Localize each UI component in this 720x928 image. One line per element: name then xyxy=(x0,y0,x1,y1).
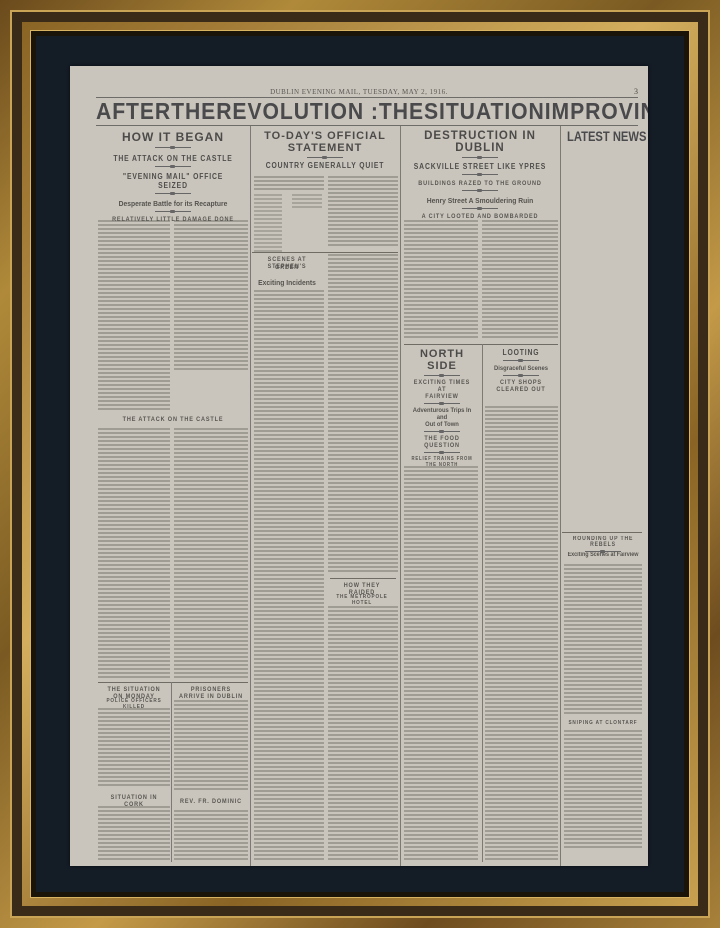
headline-word: SITUATION xyxy=(424,98,545,125)
column-destruction: DESTRUCTION IN DUBLIN SACKVILLE STREET L… xyxy=(402,126,558,220)
headline-word: THE xyxy=(379,98,424,125)
section-heading: THE ATTACK ON THE CASTLE xyxy=(109,416,237,423)
column-divider xyxy=(482,344,483,862)
body-text-block xyxy=(485,406,558,862)
subheading: Out of Town xyxy=(408,421,476,428)
statement-table xyxy=(292,194,322,208)
body-text-block xyxy=(404,220,478,340)
separator-dash xyxy=(462,208,498,209)
body-text-block xyxy=(174,220,248,370)
body-text-block xyxy=(174,428,248,678)
headline-word: IMPROVING xyxy=(545,98,648,125)
headline-word: THE xyxy=(171,98,216,125)
headline-word: AFTER xyxy=(96,98,171,125)
column-divider xyxy=(250,126,251,866)
column-divider xyxy=(400,126,401,866)
body-text-block xyxy=(328,606,398,862)
column-divider xyxy=(560,126,561,866)
section-title: LOOTING xyxy=(490,348,553,357)
section-heading: REV. FR. DOMINIC xyxy=(179,798,244,805)
body-text-block xyxy=(328,176,398,248)
section-subheading: Exciting Incidents xyxy=(256,278,319,287)
separator-dash xyxy=(503,375,539,376)
article-title: HOW IT BEGAN xyxy=(98,130,248,144)
latest-news-title: LATEST NEWS xyxy=(567,128,646,144)
body-text-block xyxy=(174,700,248,790)
section-subheading: THE METROPOLE HOTEL xyxy=(331,594,392,606)
section-rule xyxy=(252,252,398,253)
separator-dash xyxy=(155,211,191,212)
section-heading: ROUNDING UP THE REBELS xyxy=(566,536,639,548)
newspaper-page: DUBLIN EVENING MAIL, TUESDAY, MAY 2, 191… xyxy=(70,66,648,866)
body-text-block xyxy=(328,254,398,574)
separator-dash xyxy=(424,452,460,453)
section-rule xyxy=(404,344,558,345)
subheading: A CITY LOOTED AND BOMBARDED xyxy=(414,213,547,220)
picture-frame: DUBLIN EVENING MAIL, TUESDAY, MAY 2, 191… xyxy=(0,0,720,928)
body-text-block xyxy=(564,564,642,714)
separator-dash xyxy=(424,431,460,432)
subheading: FAIRVIEW xyxy=(410,393,475,400)
separator-dash xyxy=(307,157,343,158)
section-rule xyxy=(330,578,396,579)
north-side-section: NORTH SIDE EXCITING TIMES AT FAIRVIEW Ad… xyxy=(404,348,480,468)
body-text-block xyxy=(404,466,478,862)
separator-dash xyxy=(155,147,191,148)
section-title: NORTH SIDE xyxy=(404,348,480,372)
separator-dash xyxy=(503,360,539,361)
separator-dash xyxy=(462,190,498,191)
body-text-block xyxy=(174,810,248,862)
body-text-block xyxy=(254,176,324,192)
section-rule xyxy=(98,682,248,683)
dateline: DUBLIN EVENING MAIL, TUESDAY, MAY 2, 191… xyxy=(70,88,648,96)
subheading: THE ATTACK ON THE CASTLE xyxy=(109,154,237,163)
column-divider xyxy=(171,682,172,862)
body-text-block xyxy=(98,708,170,788)
subheading: COUNTRY GENERALLY QUIET xyxy=(263,161,387,170)
column-official-statement: TO-DAY'S OFFICIAL STATEMENT COUNTRY GENE… xyxy=(252,126,398,170)
separator-dash xyxy=(155,193,191,194)
subheading: Disgraceful Scenes xyxy=(488,365,555,372)
article-title: STATEMENT xyxy=(252,142,398,154)
column-how-it-began: HOW IT BEGAN THE ATTACK ON THE CASTLE "E… xyxy=(98,126,248,223)
body-text-block xyxy=(98,220,170,410)
separator-dash xyxy=(155,166,191,167)
body-text-block xyxy=(98,806,170,862)
subheading: "EVENING MAIL" OFFICE SEIZED xyxy=(109,172,237,190)
subheading: Desperate Battle for its Recapture xyxy=(106,199,241,208)
headline-word: REVOLUTION : xyxy=(216,98,379,125)
subheading: BUILDINGS RAZED TO THE GROUND xyxy=(414,180,547,187)
subheading: CITY SHOPS CLEARED OUT xyxy=(490,379,553,393)
section-heading: GREEN xyxy=(257,264,317,271)
main-headline: AFTER THE REVOLUTION : THE SITUATION IMP… xyxy=(96,98,595,124)
body-text-block xyxy=(98,428,170,678)
subheading: Henry Street A Smouldering Ruin xyxy=(410,196,550,205)
statement-table xyxy=(254,194,282,254)
article-title: TO-DAY'S OFFICIAL xyxy=(252,130,398,142)
looting-section: LOOTING Disgraceful Scenes CITY SHOPS CL… xyxy=(484,348,558,393)
separator-dash xyxy=(462,174,498,175)
separator-dash xyxy=(424,375,460,376)
separator-dash xyxy=(424,403,460,404)
article-title: DESTRUCTION IN DUBLIN xyxy=(402,130,558,154)
page-number: 3 xyxy=(634,87,638,96)
body-text-block xyxy=(482,220,558,340)
body-text-block xyxy=(564,730,642,850)
subheading: THE FOOD QUESTION xyxy=(410,435,475,449)
body-text-block xyxy=(254,290,324,862)
section-subheading: Exciting Scenes at Fairview xyxy=(564,552,641,558)
subheading: EXCITING TIMES AT xyxy=(410,379,475,393)
section-heading: SNIPING AT CLONTARF xyxy=(566,720,639,726)
subheading: SACKVILLE STREET LIKE YPRES xyxy=(414,162,547,171)
separator-dash xyxy=(462,157,498,158)
subheading: Adventurous Trips In and xyxy=(408,407,476,421)
section-heading: PRISONERS ARRIVE IN DUBLIN xyxy=(179,686,244,700)
section-rule xyxy=(562,532,642,533)
